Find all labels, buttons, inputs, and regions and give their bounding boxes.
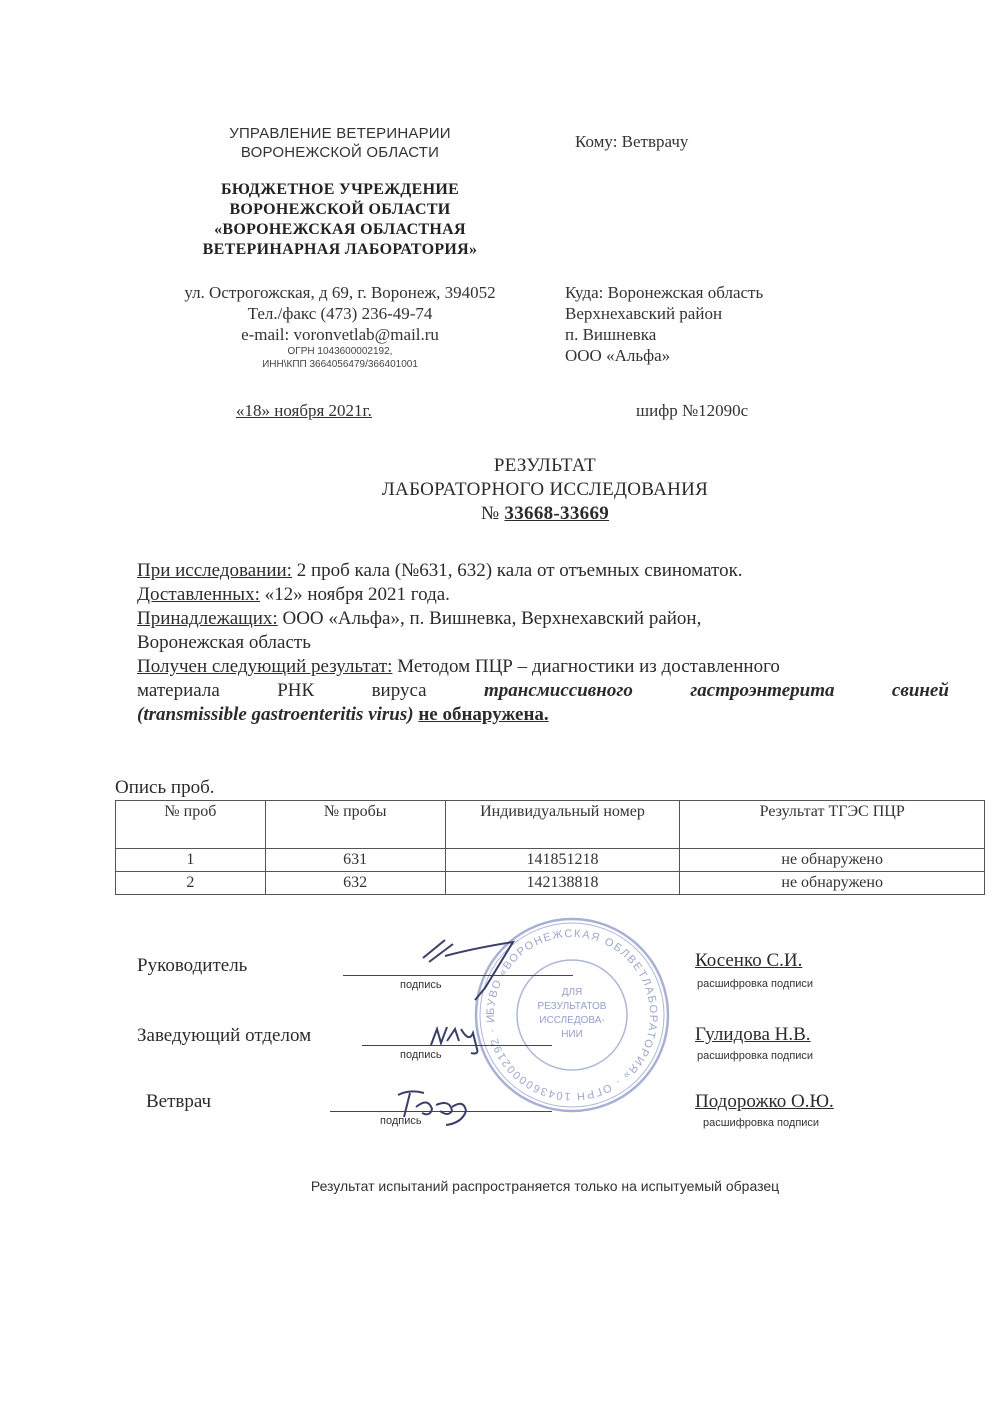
result-line3: (transmissible gastroenteritis virus) не… — [137, 703, 949, 727]
signature-name-vet: Подорожко О.Ю. — [695, 1091, 834, 1113]
name-caption-head: расшифровка подписи — [697, 978, 813, 990]
table-header-row: № проб № пробы Индивидуальный номер Резу… — [116, 801, 985, 849]
signature-role-department: Заведующий отделом — [137, 1025, 311, 1047]
word-material: материала — [137, 679, 220, 703]
authority-line1: УПРАВЛЕНИЕ ВЕТЕРИНАРИИ — [200, 124, 480, 143]
cell-sample: 632 — [265, 872, 445, 895]
name-caption-department: расшифровка подписи — [697, 1050, 813, 1062]
owner-line2: Воронежская область — [137, 631, 949, 655]
where-line1: Куда: Воронежская область — [565, 282, 763, 303]
word-rna: РНК — [277, 679, 314, 703]
svg-text:ИССЛЕДОВА-: ИССЛЕДОВА- — [539, 1015, 604, 1026]
result-label: Получен следующий результат: — [137, 656, 392, 677]
svg-text:НИИ: НИИ — [561, 1029, 583, 1040]
footer-note: Результат испытаний распространяется тол… — [200, 1178, 890, 1194]
result-outcome-end: . — [544, 704, 549, 725]
org-line1: БЮДЖЕТНОЕ УЧРЕЖДЕНИЕ — [180, 180, 500, 200]
table-row: 2 632 142138818 не обнаружено — [116, 872, 985, 895]
table-row: 1 631 141851218 не обнаружено — [116, 849, 985, 872]
recipient: Кому: Ветврачу — [575, 131, 688, 152]
svg-text:РЕЗУЛЬТАТОВ: РЕЗУЛЬТАТОВ — [538, 1001, 607, 1012]
signature-name-head: Косенко С.И. — [695, 950, 802, 972]
cell-id: 142138818 — [445, 872, 680, 895]
cell-n: 2 — [116, 872, 266, 895]
cell-id: 141851218 — [445, 849, 680, 872]
number-sign: № — [481, 503, 504, 524]
organization-contacts: ул. Острогожская, д 69, г. Воронеж, 3940… — [140, 282, 540, 371]
header-cell: № пробы — [265, 801, 445, 849]
research-number: 33668-33669 — [504, 503, 609, 524]
org-line3: «ВОРОНЕЖСКАЯ ОБЛАСТНАЯ — [180, 220, 500, 240]
study-body: При исследовании: 2 проб кала (№631, 632… — [137, 559, 949, 727]
document-date: «18» ноября 2021г. — [236, 400, 372, 421]
handwritten-signature-vet-icon — [390, 1085, 480, 1130]
handwritten-signature-department-icon — [425, 1015, 505, 1055]
word-gastroenteritis: гастроэнтерита — [690, 679, 834, 703]
study-value: 2 проб кала (№631, 632) кала от отъемных… — [292, 560, 743, 581]
study-line: При исследовании: 2 проб кала (№631, 632… — [137, 559, 949, 583]
where-line4: ООО «Альфа» — [565, 345, 763, 366]
signature-role-vet: Ветврач — [146, 1091, 211, 1113]
delivered-value: «12» ноября 2021 года. — [260, 584, 450, 605]
cell-result: не обнаружено — [680, 872, 985, 895]
title-line2: ЛАБОРАТОРНОГО ИССЛЕДОВАНИЯ — [300, 478, 790, 502]
name-caption-vet: расшифровка подписи — [703, 1117, 819, 1129]
authority-line2: ВОРОНЕЖСКОЙ ОБЛАСТИ — [200, 143, 480, 162]
signature-role-head: Руководитель — [137, 955, 247, 977]
where-line2: Верхнехавский район — [565, 303, 763, 324]
samples-caption: Опись проб. — [115, 776, 215, 800]
owner-line: Принадлежащих: ООО «Альфа», п. Вишневка,… — [137, 607, 949, 631]
header-cell: Индивидуальный номер — [445, 801, 680, 849]
result-line2: материала РНК вируса трансмиссивного гас… — [137, 679, 949, 703]
org-line4: ВЕТЕРИНАРНАЯ ЛАБОРАТОРИЯ» — [180, 240, 500, 260]
org-address: ул. Острогожская, д 69, г. Воронеж, 3940… — [140, 282, 540, 303]
header-cell: № проб — [116, 801, 266, 849]
delivery-address: Куда: Воронежская область Верхнехавский … — [565, 282, 763, 366]
org-line2: ВОРОНЕЖСКОЙ ОБЛАСТИ — [180, 200, 500, 220]
code-number: шифр №12090с — [636, 400, 748, 421]
owner-value: ООО «Альфа», п. Вишневка, Верхнехавский … — [278, 608, 702, 629]
handwritten-signature-head-icon — [415, 928, 535, 1008]
result-line1: Получен следующий результат: Методом ПЦР… — [137, 655, 949, 679]
owner-label: Принадлежащих: — [137, 608, 278, 629]
title-number-line: № 33668-33669 — [300, 502, 790, 526]
virus-latin-name: (transmissible gastroenteritis virus) — [137, 704, 414, 725]
word-virus: вируса — [372, 679, 427, 703]
result-text1: Методом ПЦР – диагностики из доставленно… — [392, 656, 779, 677]
samples-table: № проб № пробы Индивидуальный номер Резу… — [115, 800, 985, 895]
result-outcome: не обнаружена — [418, 704, 544, 725]
authority-header: УПРАВЛЕНИЕ ВЕТЕРИНАРИИ ВОРОНЕЖСКОЙ ОБЛАС… — [200, 124, 480, 162]
org-email: e-mail: voronvetlab@mail.ru — [140, 324, 540, 345]
where-line3: п. Вишневка — [565, 324, 763, 345]
document-title: РЕЗУЛЬТАТ ЛАБОРАТОРНОГО ИССЛЕДОВАНИЯ № 3… — [300, 454, 790, 526]
delivered-label: Доставленных: — [137, 584, 260, 605]
study-label: При исследовании: — [137, 560, 292, 581]
org-inn-kpp: ИНН\КПП 3664056479/366401001 — [140, 358, 540, 371]
word-transmissive: трансмиссивного — [484, 679, 633, 703]
org-ogrn: ОГРН 1043600002192, — [140, 345, 540, 358]
delivered-line: Доставленных: «12» ноября 2021 года. — [137, 583, 949, 607]
header-cell: Результат ТГЭС ПЦР — [680, 801, 985, 849]
svg-text:ДЛЯ: ДЛЯ — [562, 987, 583, 998]
cell-n: 1 — [116, 849, 266, 872]
signature-name-department: Гулидова Н.В. — [695, 1024, 811, 1046]
word-pigs: свиней — [892, 679, 949, 703]
title-line1: РЕЗУЛЬТАТ — [300, 454, 790, 478]
org-phone: Тел./факс (473) 236-49-74 — [140, 303, 540, 324]
cell-sample: 631 — [265, 849, 445, 872]
cell-result: не обнаружено — [680, 849, 985, 872]
organization-name: БЮДЖЕТНОЕ УЧРЕЖДЕНИЕ ВОРОНЕЖСКОЙ ОБЛАСТИ… — [180, 180, 500, 260]
